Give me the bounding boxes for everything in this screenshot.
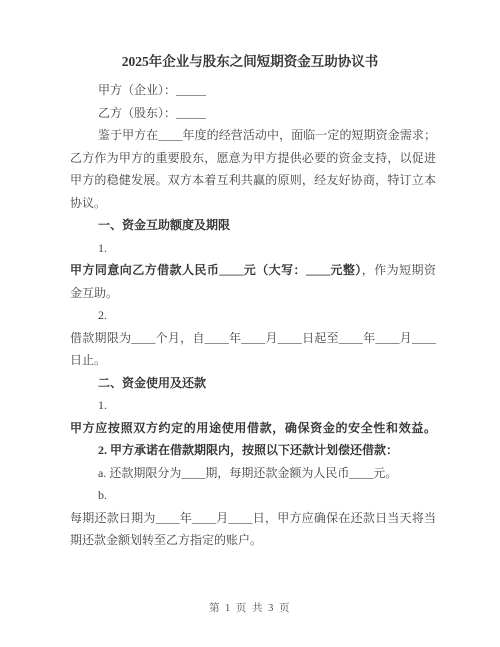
- loan-amount-regular-segment: ，作为短期资: [362, 263, 436, 277]
- party-b-line: 乙方（股东）：_____: [70, 102, 436, 125]
- loan-amount-line: 甲方同意向乙方借款人民币____元（大写：____元整），作为短期资: [70, 259, 436, 282]
- section-1-heading: 一、资金互助额度及期限: [70, 214, 436, 237]
- preamble-line-1: 鉴于甲方在____年度的经营活动中，面临一定的短期资金需求；: [70, 124, 436, 147]
- document-body: 甲方（企业）：_____ 乙方（股东）：_____ 鉴于甲方在____年度的经营…: [0, 73, 500, 552]
- repayment-item-b-number: b.: [70, 484, 436, 507]
- usage-clause-line: 甲方应按照双方约定的用途使用借款，确保资金的安全性和效益。: [70, 417, 436, 440]
- page-number-footer: 第 1 页 共 3 页: [0, 600, 500, 615]
- section-1-item-2-number: 2.: [70, 304, 436, 327]
- party-a-line: 甲方（企业）：_____: [70, 79, 436, 102]
- loan-term-line-continued: 日止。: [70, 349, 436, 372]
- preamble-line-3: 甲方的稳健发展。双方本着互利共赢的原则，经友好协商，特订立本: [70, 169, 436, 192]
- document-page: 2025年企业与股东之间短期资金互助协议书 甲方（企业）：_____ 乙方（股东…: [0, 0, 500, 647]
- repayment-item-a-line: a. 还款期限分为____期，每期还款金额为人民币____元。: [70, 462, 436, 485]
- preamble-line-4: 协议。: [70, 192, 436, 215]
- loan-term-line: 借款期限为____个月，自____年____月____日起至____年____月…: [70, 327, 436, 350]
- repayment-date-line: 每期还款日期为____年____月____日，甲方应确保在还款日当天将当: [70, 507, 436, 530]
- section-2-heading: 二、资金使用及还款: [70, 372, 436, 395]
- repayment-plan-line: 2. 甲方承诺在借款期限内，按照以下还款计划偿还借款：: [70, 439, 436, 462]
- section-2-item-1-number: 1.: [70, 394, 436, 417]
- preamble-line-2: 乙方作为甲方的重要股东，愿意为甲方提供必要的资金支持，以促进: [70, 147, 436, 170]
- loan-amount-line-continued: 金互助。: [70, 282, 436, 305]
- section-1-item-1-number: 1.: [70, 237, 436, 260]
- loan-amount-bold-segment: 甲方同意向乙方借款人民币____元（大写：____元整）: [70, 263, 362, 277]
- repayment-date-line-continued: 期还款金额划转至乙方指定的账户。: [70, 529, 436, 552]
- document-title: 2025年企业与股东之间短期资金互助协议书: [0, 0, 500, 73]
